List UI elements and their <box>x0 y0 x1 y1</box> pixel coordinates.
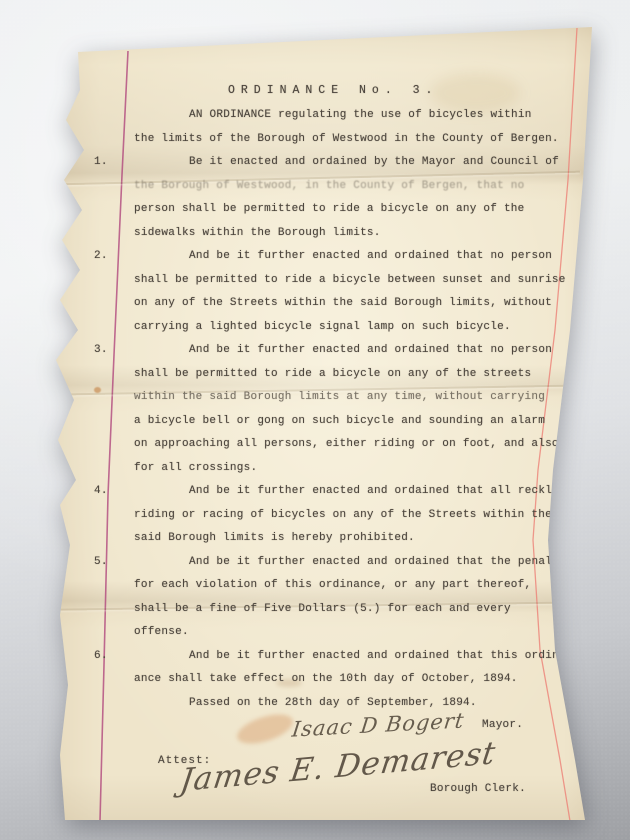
section-number: 6. <box>94 645 108 669</box>
paper-sheet: ORDINANCE No. 3. AN ORDINANCE regulating… <box>30 25 610 825</box>
section-line: 2.And be it further enacted and ordained… <box>134 245 564 269</box>
section-line: 5.And be it further enacted and ordained… <box>134 551 564 575</box>
mayor-title-label: Mayor. <box>482 719 523 731</box>
section-line: offense. <box>134 621 564 645</box>
clerk-title-label: Borough Clerk. <box>430 783 526 795</box>
section-line: for all crossings. <box>134 457 564 481</box>
section-number: 2. <box>94 245 108 269</box>
ordinance-title: ORDINANCE No. 3. <box>134 78 564 104</box>
section-line: shall be a fine of Five Dollars (5.) for… <box>134 598 564 622</box>
section-line: sidewalks within the Borough limits. <box>134 222 564 246</box>
paper-shadow-wrap: ORDINANCE No. 3. AN ORDINANCE regulating… <box>0 0 630 840</box>
section-number: 3. <box>94 339 108 363</box>
section-line: ance shall take effect on the 10th day o… <box>134 668 564 692</box>
section-line: said Borough limits is hereby prohibited… <box>134 527 564 551</box>
section-line: on any of the Streets within the said Bo… <box>134 292 564 316</box>
section-line: a bicycle bell or gong on such bicycle a… <box>134 410 564 434</box>
section-number: 4. <box>94 480 108 504</box>
section-line: person shall be permitted to ride a bicy… <box>134 198 564 222</box>
section-number: 5. <box>94 551 108 575</box>
section-line: 4.And be it further enacted and ordained… <box>134 480 564 504</box>
section-line: on approaching all persons, either ridin… <box>134 433 564 457</box>
passed-line: Passed on the 28th day of September, 189… <box>134 692 564 716</box>
document-text: ORDINANCE No. 3. AN ORDINANCE regulating… <box>134 78 564 715</box>
section-line: shall be permitted to ride a bicycle on … <box>134 363 564 387</box>
section-number: 1. <box>94 151 108 175</box>
section-line: 1.Be it enacted and ordained by the Mayo… <box>134 151 564 175</box>
section-line: within the said Borough limits at any ti… <box>134 386 564 410</box>
document-line: AN ORDINANCE regulating the use of bicyc… <box>134 104 564 128</box>
section-line: 3.And be it further enacted and ordained… <box>134 339 564 363</box>
section-line: the Borough of Westwood, in the County o… <box>134 175 564 199</box>
document-line: the limits of the Borough of Westwood in… <box>134 128 564 152</box>
section-line: carrying a lighted bicycle signal lamp o… <box>134 316 564 340</box>
section-line: for each violation of this ordinance, or… <box>134 574 564 598</box>
section-line: shall be permitted to ride a bicycle bet… <box>134 269 564 293</box>
section-line: riding or racing of bicycles on any of t… <box>134 504 564 528</box>
rust-spot <box>94 387 101 393</box>
section-line: 6.And be it further enacted and ordained… <box>134 645 564 669</box>
photo-background: ORDINANCE No. 3. AN ORDINANCE regulating… <box>0 0 630 840</box>
